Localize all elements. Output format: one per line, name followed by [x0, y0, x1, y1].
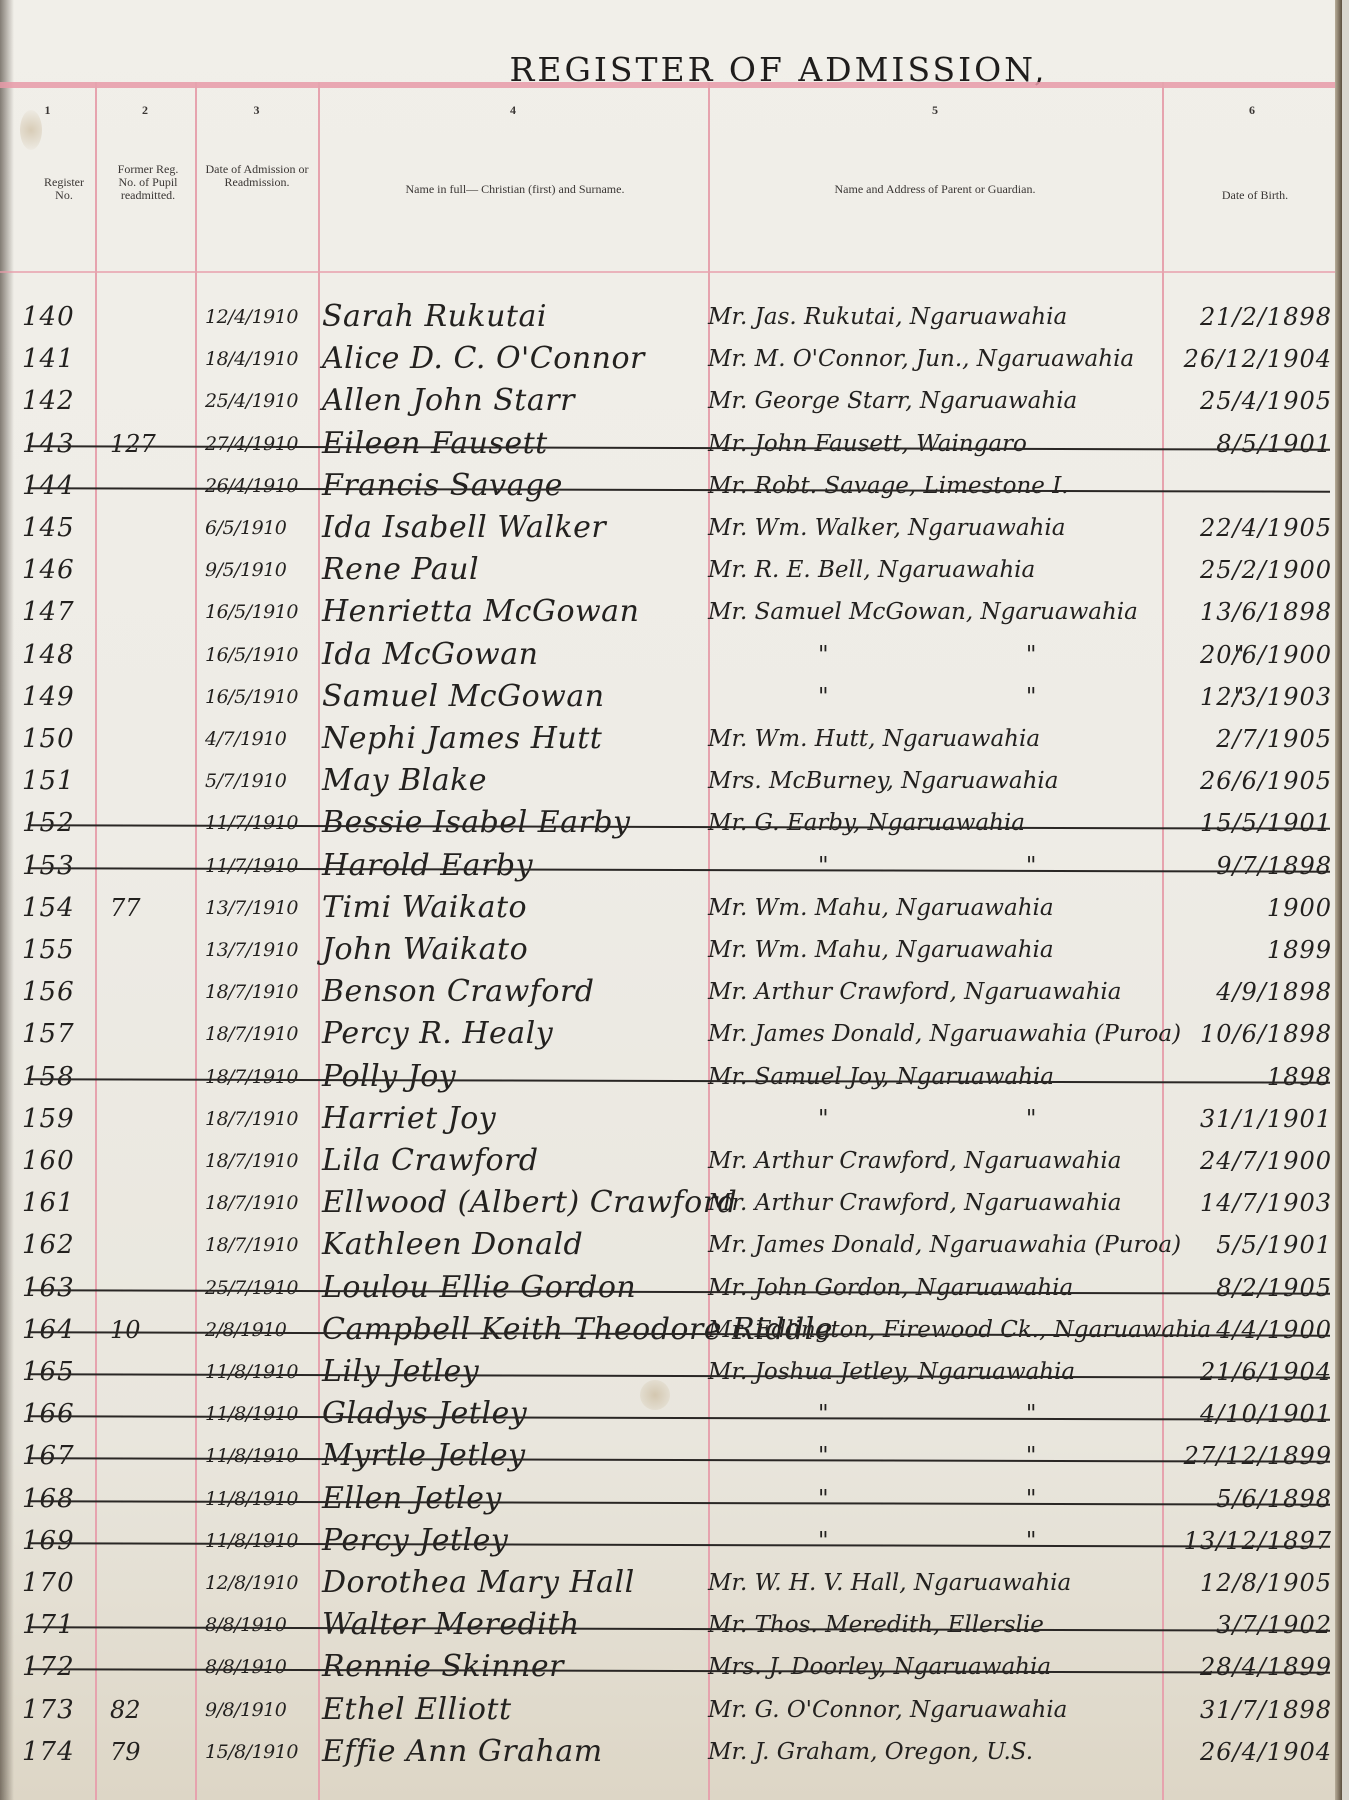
pupil-name: Ellwood (Albert) Crawford [322, 1186, 712, 1220]
admission-date: 15/8/1910 [205, 1735, 323, 1769]
register-row: 144 26/4/1910 Francis Savage Mr. Robt. S… [0, 469, 1342, 503]
register-page: REGISTER OF ADMISSION, 1 2 3 4 5 6 Regis… [0, 0, 1342, 1800]
register-number: 143 [22, 427, 92, 461]
admission-date: 11/8/1910 [205, 1439, 323, 1473]
pupil-name: Campbell Keith Theodore Riddle [322, 1313, 712, 1347]
register-number: 155 [22, 933, 92, 967]
parent-name-address: Mr. Wm. Hutt, Ngaruawahia [708, 722, 1163, 756]
register-number: 162 [22, 1228, 92, 1262]
admission-date: 6/5/1910 [205, 511, 323, 545]
admission-date: 25/7/1910 [205, 1271, 323, 1305]
pupil-name: Myrtle Jetley [322, 1439, 712, 1473]
admission-date: 18/7/1910 [205, 1186, 323, 1220]
date-of-birth: 22/4/1905 [1165, 511, 1340, 545]
pupil-name: Ida McGowan [322, 638, 712, 672]
date-of-birth: 13/12/1897 [1165, 1524, 1340, 1558]
register-number: 158 [22, 1060, 92, 1094]
parent-name-address: Mr. Samuel McGowan, Ngaruawahia [708, 595, 1163, 629]
admission-date: 11/8/1910 [205, 1355, 323, 1389]
date-of-birth: 21/6/1904 [1165, 1355, 1340, 1389]
register-number: 141 [22, 342, 92, 376]
pupil-name: Percy Jetley [322, 1524, 712, 1558]
column-number: 4 [318, 103, 708, 118]
pupil-name: Benson Crawford [322, 975, 712, 1009]
pupil-name: Polly Joy [322, 1060, 712, 1094]
date-of-birth: 26/12/1904 [1165, 342, 1340, 376]
register-number: 164 [22, 1313, 92, 1347]
admission-date: 13/7/1910 [205, 933, 323, 967]
admission-date: 12/8/1910 [205, 1566, 323, 1600]
date-of-birth: 31/7/1898 [1165, 1693, 1340, 1727]
date-of-birth: 14/7/1903 [1165, 1186, 1340, 1220]
column-heading-parent: Name and Address of Parent or Guardian. [820, 183, 1050, 196]
register-number: 170 [22, 1566, 92, 1600]
date-of-birth: 28/4/1899 [1165, 1650, 1340, 1684]
pupil-name: Rennie Skinner [322, 1650, 712, 1684]
pupil-name: Harold Earby [322, 849, 712, 883]
register-number: 154 [22, 891, 92, 925]
register-number: 157 [22, 1017, 92, 1051]
parent-name-address: Mr. J. Graham, Oregon, U.S. [708, 1735, 1163, 1769]
register-row: 152 11/7/1910 Bessie Isabel Earby Mr. G.… [0, 806, 1342, 840]
column-heading-date-of-admission: Date of Admission or Readmission. [205, 163, 309, 189]
register-number: 169 [22, 1524, 92, 1558]
admission-date: 9/8/1910 [205, 1693, 323, 1727]
admission-date: 8/8/1910 [205, 1608, 323, 1642]
register-number: 163 [22, 1271, 92, 1305]
parent-name-address: Mr. Wm. Mahu, Ngaruawahia [708, 933, 1163, 967]
register-row: 157 18/7/1910 Percy R. Healy Mr. James D… [0, 1017, 1342, 1051]
parent-name-address: Mr. G. Earby, Ngaruawahia [708, 806, 1163, 840]
admission-date: 18/4/1910 [205, 342, 323, 376]
register-row: 155 13/7/1910 John Waikato Mr. Wm. Mahu,… [0, 933, 1342, 967]
parent-name-address: Mr. Jas. Rukutai, Ngaruawahia [708, 300, 1163, 334]
parent-name-address: Mr. M. O'Connor, Jun., Ngaruawahia [708, 342, 1163, 376]
admission-date: 16/5/1910 [205, 638, 323, 672]
register-number: 147 [22, 595, 92, 629]
date-of-birth: 4/9/1898 [1165, 975, 1340, 1009]
parent-name-address: Mr. Arthur Crawford, Ngaruawahia [708, 975, 1163, 1009]
register-row: 158 18/7/1910 Polly Joy Mr. Samuel Joy, … [0, 1060, 1342, 1094]
date-of-birth: 2/7/1905 [1165, 722, 1340, 756]
pupil-name: Ellen Jetley [322, 1482, 712, 1516]
register-number: 150 [22, 722, 92, 756]
admission-date: 11/8/1910 [205, 1524, 323, 1558]
pupil-name: Harriet Joy [322, 1102, 712, 1136]
column-heading-date-of-birth: Date of Birth. [1175, 189, 1335, 202]
column-heading-name: Name in full— Christian (first) and Surn… [390, 183, 640, 196]
register-number: 159 [22, 1102, 92, 1136]
register-number: 148 [22, 638, 92, 672]
pupil-name: Dorothea Mary Hall [322, 1566, 712, 1600]
admission-date: 8/8/1910 [205, 1650, 323, 1684]
register-row: 172 8/8/1910 Rennie Skinner Mrs. J. Door… [0, 1650, 1342, 1684]
date-of-birth: 9/7/1898 [1165, 849, 1340, 883]
date-of-birth: 31/1/1901 [1165, 1102, 1340, 1136]
register-row: 151 5/7/1910 May Blake Mrs. McBurney, Ng… [0, 764, 1342, 798]
parent-name-address: Mr. Wm. Walker, Ngaruawahia [708, 511, 1163, 545]
date-of-birth: 1900 [1165, 891, 1340, 925]
date-of-birth: 5/6/1898 [1165, 1482, 1340, 1516]
admission-date: 18/7/1910 [205, 1228, 323, 1262]
parent-name-address: Mr. Edlington, Firewood Ck., Ngaruawahia [708, 1313, 1163, 1347]
register-number: 142 [22, 384, 92, 418]
register-row: 159 18/7/1910 Harriet Joy " " 31/1/1901 [0, 1102, 1342, 1136]
register-row: 147 16/5/1910 Henrietta McGowan Mr. Samu… [0, 595, 1342, 629]
parent-name-address: Mr. George Starr, Ngaruawahia [708, 384, 1163, 418]
pupil-name: Effie Ann Graham [322, 1735, 712, 1769]
register-row: 154 77 13/7/1910 Timi Waikato Mr. Wm. Ma… [0, 891, 1342, 925]
header-bottom-rule [0, 271, 1342, 273]
admission-date: 5/7/1910 [205, 764, 323, 798]
date-of-birth: 10/6/1898 [1165, 1017, 1340, 1051]
register-row: 174 79 15/8/1910 Effie Ann Graham Mr. J.… [0, 1735, 1342, 1769]
register-number: 168 [22, 1482, 92, 1516]
parent-name-address: Mr. Thos. Meredith, Ellerslie [708, 1608, 1163, 1642]
parent-name-address: Mr. R. E. Bell, Ngaruawahia [708, 553, 1163, 587]
date-of-birth: 8/2/1905 [1165, 1271, 1340, 1305]
date-of-birth: 13/6/1898 [1165, 595, 1340, 629]
former-register-number: 127 [110, 427, 190, 461]
pupil-name: May Blake [322, 764, 712, 798]
date-of-birth: 1899 [1165, 933, 1340, 967]
register-row: 163 25/7/1910 Loulou Ellie Gordon Mr. Jo… [0, 1271, 1342, 1305]
register-row: 145 6/5/1910 Ida Isabell Walker Mr. Wm. … [0, 511, 1342, 545]
admission-date: 11/7/1910 [205, 849, 323, 883]
pupil-name: Walter Meredith [322, 1608, 712, 1642]
register-number: 146 [22, 553, 92, 587]
register-row: 170 12/8/1910 Dorothea Mary Hall Mr. W. … [0, 1566, 1342, 1600]
page-right-edge [1335, 0, 1342, 1800]
parent-name-address: Mr. Joshua Jetley, Ngaruawahia [708, 1355, 1163, 1389]
pupil-name: Bessie Isabel Earby [322, 806, 712, 840]
pupil-name: Timi Waikato [322, 891, 712, 925]
date-of-birth: 15/5/1901 [1165, 806, 1340, 840]
parent-name-address: Mr. Arthur Crawford, Ngaruawahia [708, 1186, 1163, 1220]
register-row: 166 11/8/1910 Gladys Jetley " " 4/10/190… [0, 1397, 1342, 1431]
register-number: 165 [22, 1355, 92, 1389]
date-of-birth: 4/4/1900 [1165, 1313, 1340, 1347]
admission-date: 18/7/1910 [205, 975, 323, 1009]
register-number: 144 [22, 469, 92, 503]
register-row: 171 8/8/1910 Walter Meredith Mr. Thos. M… [0, 1608, 1342, 1642]
pupil-name: Sarah Rukutai [322, 300, 712, 334]
parent-name-address: Mr. John Fausett, Waingaro [708, 427, 1163, 461]
register-number: 171 [22, 1608, 92, 1642]
column-number: 3 [195, 103, 318, 118]
pupil-name: Ida Isabell Walker [322, 511, 712, 545]
register-row: 161 18/7/1910 Ellwood (Albert) Crawford … [0, 1186, 1342, 1220]
parent-name-address: Mr. G. O'Connor, Ngaruawahia [708, 1693, 1163, 1727]
column-number: 6 [1162, 103, 1342, 118]
register-number: 151 [22, 764, 92, 798]
register-row: 153 11/7/1910 Harold Earby " " 9/7/1898 [0, 849, 1342, 883]
former-register-number: 82 [110, 1693, 190, 1727]
admission-date: 18/7/1910 [205, 1144, 323, 1178]
register-row: 150 4/7/1910 Nephi James Hutt Mr. Wm. Hu… [0, 722, 1342, 756]
pupil-name: Gladys Jetley [322, 1397, 712, 1431]
date-of-birth: 4/10/1901 [1165, 1397, 1340, 1431]
register-row: 160 18/7/1910 Lila Crawford Mr. Arthur C… [0, 1144, 1342, 1178]
pupil-name: Kathleen Donald [322, 1228, 712, 1262]
date-of-birth: 25/2/1900 [1165, 553, 1340, 587]
date-of-birth: 8/5/1901 [1165, 427, 1340, 461]
pupil-name: Percy R. Healy [322, 1017, 712, 1051]
register-number: 153 [22, 849, 92, 883]
former-register-number: 10 [110, 1313, 190, 1347]
admission-date: 4/7/1910 [205, 722, 323, 756]
register-number: 140 [22, 300, 92, 334]
column-number: 5 [708, 103, 1162, 118]
pupil-name: Samuel McGowan [322, 680, 712, 714]
parent-name-address: Mr. Arthur Crawford, Ngaruawahia [708, 1144, 1163, 1178]
register-number: 166 [22, 1397, 92, 1431]
admission-date: 13/7/1910 [205, 891, 323, 925]
parent-name-address: Mr. John Gordon, Ngaruawahia [708, 1271, 1163, 1305]
admission-date: 12/4/1910 [205, 300, 323, 334]
admission-date: 18/7/1910 [205, 1017, 323, 1051]
admission-date: 9/5/1910 [205, 553, 323, 587]
register-number: 174 [22, 1735, 92, 1769]
admission-date: 2/8/1910 [205, 1313, 323, 1347]
register-row: 173 82 9/8/1910 Ethel Elliott Mr. G. O'C… [0, 1693, 1342, 1727]
date-of-birth: 25/4/1905 [1165, 384, 1340, 418]
date-of-birth: 26/6/1905 [1165, 764, 1340, 798]
parent-name-address: Mr. James Donald, Ngaruawahia (Puroa) [708, 1228, 1163, 1262]
register-number: 156 [22, 975, 92, 1009]
admission-date: 11/8/1910 [205, 1482, 323, 1516]
parent-name-address: Mr. Samuel Joy, Ngaruawahia [708, 1060, 1163, 1094]
register-row: 169 11/8/1910 Percy Jetley " " 13/12/189… [0, 1524, 1342, 1558]
register-row: 165 11/8/1910 Lily Jetley Mr. Joshua Jet… [0, 1355, 1342, 1389]
date-of-birth: 24/7/1900 [1165, 1144, 1340, 1178]
register-row: 168 11/8/1910 Ellen Jetley " " 5/6/1898 [0, 1482, 1342, 1516]
pupil-name: Ethel Elliott [322, 1693, 712, 1727]
date-of-birth: 12/8/1905 [1165, 1566, 1340, 1600]
date-of-birth: 1898 [1165, 1060, 1340, 1094]
column-number: 1 [0, 103, 95, 118]
date-of-birth: 27/12/1899 [1165, 1439, 1340, 1473]
register-number: 145 [22, 511, 92, 545]
pupil-name: Alice D. C. O'Connor [322, 342, 712, 376]
column-heading-register-no: Register No. [34, 176, 94, 202]
admission-date: 11/7/1910 [205, 806, 323, 840]
register-row: 148 16/5/1910 Ida McGowan " " " 20/6/190… [0, 638, 1342, 672]
former-register-number: 77 [110, 891, 190, 925]
register-number: 161 [22, 1186, 92, 1220]
admission-date: 18/7/1910 [205, 1102, 323, 1136]
register-number: 173 [22, 1693, 92, 1727]
parent-name-address: Mr. James Donald, Ngaruawahia (Puroa) [708, 1017, 1163, 1051]
parent-name-address: Mrs. McBurney, Ngaruawahia [708, 764, 1163, 798]
register-row: 164 10 2/8/1910 Campbell Keith Theodore … [0, 1313, 1342, 1347]
pupil-name: Francis Savage [322, 469, 712, 503]
pupil-name: John Waikato [322, 933, 712, 967]
date-of-birth: 20/6/1900 [1165, 638, 1340, 672]
register-row: 143 127 27/4/1910 Eileen Fausett Mr. Joh… [0, 427, 1342, 461]
former-register-number: 79 [110, 1735, 190, 1769]
column-heading-former-reg-no: Former Reg. No. of Pupil readmitted. [108, 163, 188, 202]
register-row: 142 25/4/1910 Allen John Starr Mr. Georg… [0, 384, 1342, 418]
pupil-name: Loulou Ellie Gordon [322, 1271, 712, 1305]
pupil-name: Henrietta McGowan [322, 595, 712, 629]
pupil-name: Lily Jetley [322, 1355, 712, 1389]
header-top-rule [0, 82, 1342, 88]
column-number: 2 [95, 103, 195, 118]
register-row: 140 12/4/1910 Sarah Rukutai Mr. Jas. Ruk… [0, 300, 1342, 334]
parent-name-address: Mr. W. H. V. Hall, Ngaruawahia [708, 1566, 1163, 1600]
pupil-name: Allen John Starr [322, 384, 712, 418]
admission-date: 26/4/1910 [205, 469, 323, 503]
date-of-birth: 12/3/1903 [1165, 680, 1340, 714]
pupil-name: Nephi James Hutt [322, 722, 712, 756]
date-of-birth: 5/5/1901 [1165, 1228, 1340, 1262]
date-of-birth: 26/4/1904 [1165, 1735, 1340, 1769]
admission-date: 16/5/1910 [205, 680, 323, 714]
pupil-name: Lila Crawford [322, 1144, 712, 1178]
register-row: 146 9/5/1910 Rene Paul Mr. R. E. Bell, N… [0, 553, 1342, 587]
pupil-name: Rene Paul [322, 553, 712, 587]
admission-date: 27/4/1910 [205, 427, 323, 461]
register-row: 141 18/4/1910 Alice D. C. O'Connor Mr. M… [0, 342, 1342, 376]
admission-date: 18/7/1910 [205, 1060, 323, 1094]
admission-date: 11/8/1910 [205, 1397, 323, 1431]
register-row: 167 11/8/1910 Myrtle Jetley " " 27/12/18… [0, 1439, 1342, 1473]
register-row: 162 18/7/1910 Kathleen Donald Mr. James … [0, 1228, 1342, 1262]
date-of-birth: 21/2/1898 [1165, 300, 1340, 334]
register-number: 160 [22, 1144, 92, 1178]
register-number: 149 [22, 680, 92, 714]
register-row: 149 16/5/1910 Samuel McGowan " " " 12/3/… [0, 680, 1342, 714]
parent-name-address: Mr. Robt. Savage, Limestone I. [708, 469, 1163, 503]
date-of-birth: 3/7/1902 [1165, 1608, 1340, 1642]
register-row: 156 18/7/1910 Benson Crawford Mr. Arthur… [0, 975, 1342, 1009]
pupil-name: Eileen Fausett [322, 427, 712, 461]
parent-name-address: Mr. Wm. Mahu, Ngaruawahia [708, 891, 1163, 925]
admission-date: 16/5/1910 [205, 595, 323, 629]
admission-date: 25/4/1910 [205, 384, 323, 418]
parent-name-address: Mrs. J. Doorley, Ngaruawahia [708, 1650, 1163, 1684]
